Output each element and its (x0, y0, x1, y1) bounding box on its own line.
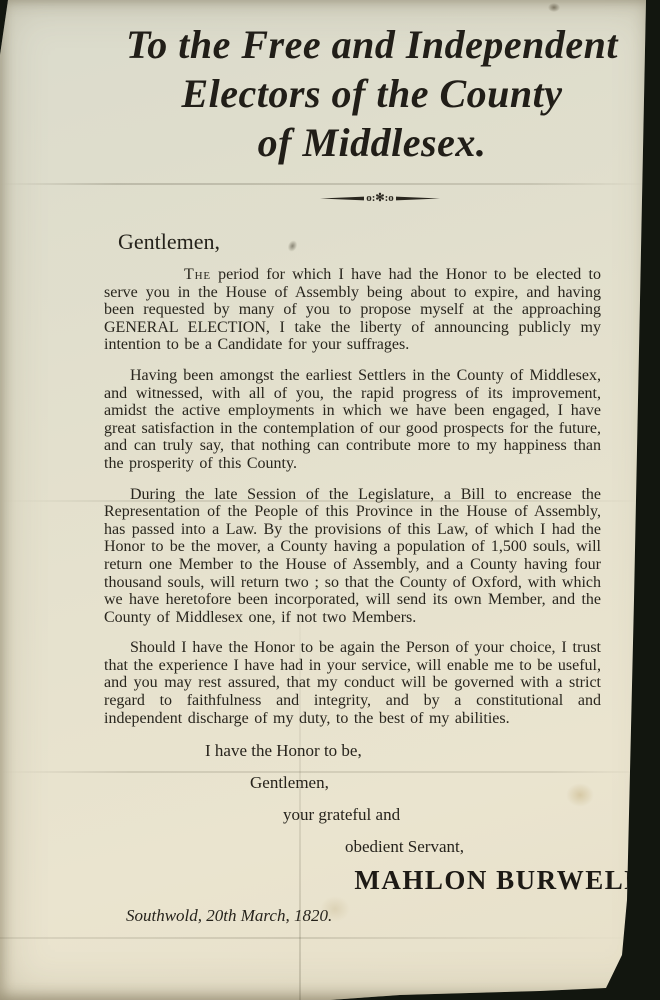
divider-rule-right (396, 196, 440, 201)
title-line-1: To the Free and Independent (92, 20, 652, 69)
fold-crease-horizontal (0, 183, 648, 185)
title-line-3: of Middlesex. (92, 118, 652, 167)
dateline: Southwold, 20th March, 1820. (126, 906, 660, 926)
paragraph-4: Should I have the Honor to be again the … (104, 639, 601, 727)
fold-crease-horizontal (0, 937, 648, 939)
scan-background: { "document": { "title_lines": [ "To the… (0, 0, 660, 1000)
closing-line-3: your grateful and (283, 805, 601, 825)
closing-line-2: Gentlemen, (250, 773, 601, 793)
paragraph-3: During the late Session of the Legislatu… (104, 486, 601, 627)
broadside-document: To the Free and Independent Electors of … (0, 0, 660, 1000)
paragraph-1-lead: The (184, 266, 211, 283)
divider-center-glyph: o:✻:o (366, 193, 394, 204)
letter-body: Gentlemen, The period for which I have h… (104, 230, 601, 857)
ink-speck (548, 3, 560, 12)
paragraph-1: The period for which I have had the Hono… (104, 266, 601, 354)
closing-line-1: I have the Honor to be, (205, 741, 601, 761)
document-title: To the Free and Independent Electors of … (92, 20, 652, 167)
salutation: Gentlemen, (118, 230, 601, 254)
paragraph-1-text: period for which I have had the Honor to… (104, 266, 601, 353)
closing-block: I have the Honor to be, Gentlemen, your … (104, 741, 601, 857)
paragraph-2: Having been amongst the earliest Settler… (104, 367, 601, 473)
divider-ornament: o:✻:o (320, 193, 440, 204)
title-line-2: Electors of the County (92, 69, 652, 118)
signature: MAHLON BURWELL. (0, 865, 660, 896)
closing-line-4: obedient Servant, (345, 837, 601, 857)
divider-rule-left (320, 196, 364, 201)
